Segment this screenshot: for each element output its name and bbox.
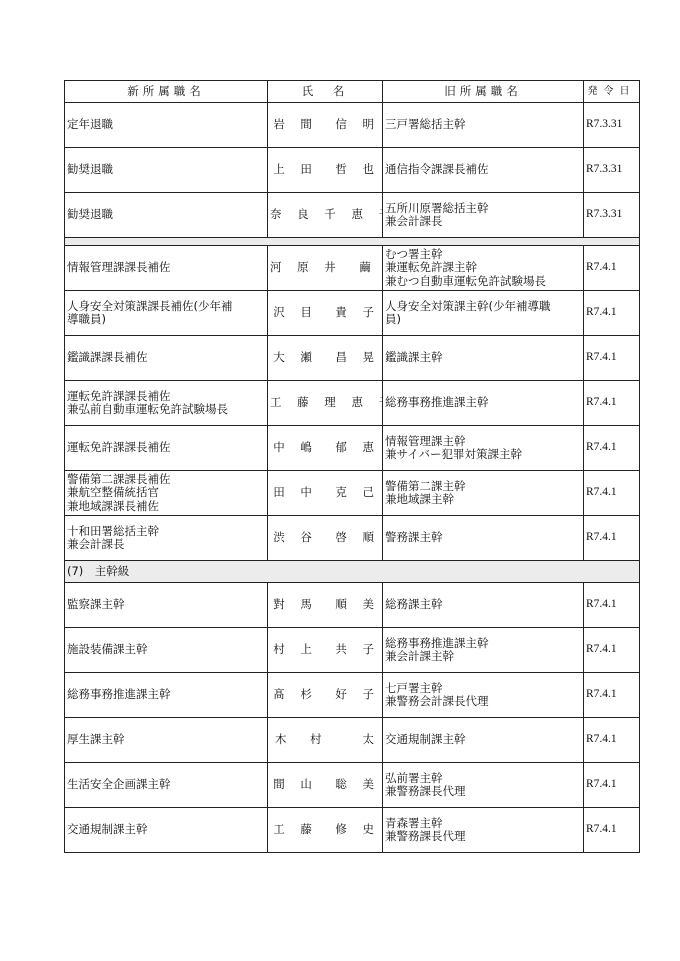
date-cell: R7.3.31 <box>584 193 640 238</box>
date-cell: R7.3.31 <box>584 148 640 193</box>
date-cell: R7.4.1 <box>584 471 640 516</box>
old-position-cell: 交通規制課主幹 <box>383 718 584 763</box>
old-position-cell: 鑑識課主幹 <box>383 336 584 381</box>
new-position-cell-line: 十和田署総括主幹 <box>67 525 265 539</box>
section-label: (7) 主幹級 <box>65 561 640 583</box>
new-position-cell: 勧奨退職 <box>65 193 268 238</box>
old-position-cell-line: 兼警務課長代理 <box>385 830 581 844</box>
old-position-cell: 総務課主幹 <box>383 583 584 628</box>
new-position-cell: 生活安全企画課主幹 <box>65 763 268 808</box>
old-position-cell: 五所川原署総括主幹兼会計課長 <box>383 193 584 238</box>
new-position-cell: 総務事務推進課主幹 <box>65 673 268 718</box>
new-position-cell-line: 施設装備課主幹 <box>67 643 265 657</box>
new-position-cell-line: 監察課主幹 <box>67 598 265 612</box>
header-new-position: 新所属職名 <box>65 81 268 103</box>
old-position-cell: 警備第二課主幹兼地域課主幹 <box>383 471 584 516</box>
new-position-cell: 十和田署総括主幹兼会計課長 <box>65 516 268 561</box>
new-position-cell-line: 情報管理課課長補佐 <box>67 261 265 275</box>
old-position-cell-line: 七戸署主幹 <box>385 682 581 696</box>
name-cell: 奈 良 千 恵 子 <box>268 193 383 238</box>
table-row: 勧奨退職奈 良 千 恵 子五所川原署総括主幹兼会計課長R7.3.31 <box>65 193 640 238</box>
date-cell: R7.4.1 <box>584 336 640 381</box>
new-position-cell-line: 定年退職 <box>67 118 265 132</box>
old-position-cell: 総務事務推進課主幹兼会計課主幹 <box>383 628 584 673</box>
new-position-cell: 情報管理課課長補佐 <box>65 246 268 291</box>
old-position-cell-line: 兼むつ自動車運転免許試験場長 <box>385 275 581 289</box>
table-row: 定年退職岩 間 信 明三戸署総括主幹R7.3.31 <box>65 103 640 148</box>
table-row: 生活安全企画課主幹間 山 聡 美弘前署主幹兼警務課長代理R7.4.1 <box>65 763 640 808</box>
new-position-cell: 施設装備課主幹 <box>65 628 268 673</box>
date-cell: R7.4.1 <box>584 583 640 628</box>
table-row: 警備第二課課長補佐兼航空整備統括官兼地域課課長補佐田 中 克 己警備第二課主幹兼… <box>65 471 640 516</box>
old-position-cell-line: 三戸署総括主幹 <box>385 118 581 132</box>
name-cell: 渋 谷 啓 順 <box>268 516 383 561</box>
new-position-cell: 勧奨退職 <box>65 148 268 193</box>
old-position-cell-line: 兼サイバー犯罪対策課主幹 <box>385 448 581 462</box>
new-position-cell: 鑑識課課長補佐 <box>65 336 268 381</box>
old-position-cell-line: 弘前署主幹 <box>385 772 581 786</box>
table-row: 交通規制課主幹工 藤 修 史青森署主幹兼警務課長代理R7.4.1 <box>65 808 640 853</box>
old-position-cell-line: 総務課主幹 <box>385 598 581 612</box>
new-position-cell-line: 勧奨退職 <box>67 208 265 222</box>
new-position-cell: 厚生課主幹 <box>65 718 268 763</box>
new-position-cell-line: 人身安全対策課課長補佐(少年補 <box>67 300 265 314</box>
old-position-cell-line: 五所川原署総括主幹 <box>385 202 581 216</box>
date-cell: R7.4.1 <box>584 291 640 336</box>
table-row: 厚生課主幹木 村 太交通規制課主幹R7.4.1 <box>65 718 640 763</box>
new-position-cell-line: 警備第二課課長補佐 <box>67 473 265 487</box>
old-position-cell-line: 情報管理課主幹 <box>385 435 581 449</box>
table-row: 鑑識課課長補佐大 瀬 昌 晃鑑識課主幹R7.4.1 <box>65 336 640 381</box>
old-position-cell: 三戸署総括主幹 <box>383 103 584 148</box>
old-position-cell: むつ署主幹兼運転免許課主幹兼むつ自動車運転免許試験場長 <box>383 246 584 291</box>
header-name: 氏 名 <box>268 81 383 103</box>
old-position-cell: 警務課主幹 <box>383 516 584 561</box>
table-row: 運転免許課課長補佐中 嶋 郁 恵情報管理課主幹兼サイバー犯罪対策課主幹R7.4.… <box>65 426 640 471</box>
old-position-cell-line: 交通規制課主幹 <box>385 733 581 747</box>
new-position-cell: 定年退職 <box>65 103 268 148</box>
table-row: 勧奨退職上 田 哲 也通信指令課課長補佐R7.3.31 <box>65 148 640 193</box>
new-position-cell-line: 生活安全企画課主幹 <box>67 778 265 792</box>
old-position-cell: 人身安全対策課主幹(少年補導職員) <box>383 291 584 336</box>
old-position-cell-line: 総務事務推進課主幹 <box>385 396 581 410</box>
new-position-cell-line: 兼弘前自動車運転免許試験場長 <box>67 403 265 417</box>
header-date: 発令日 <box>584 81 640 103</box>
new-position-cell-line: 兼地域課課長補佐 <box>67 500 265 514</box>
old-position-cell-line: 員) <box>385 313 581 327</box>
name-cell: 木 村 太 <box>268 718 383 763</box>
name-cell: 對 馬 順 美 <box>268 583 383 628</box>
old-position-cell-line: 兼地域課主幹 <box>385 493 581 507</box>
section-header-row: (7) 主幹級 <box>65 561 640 583</box>
table-row: 運転免許課課長補佐兼弘前自動車運転免許試験場長工 藤 理 恵 子総務事務推進課主… <box>65 381 640 426</box>
old-position-cell: 総務事務推進課主幹 <box>383 381 584 426</box>
old-position-cell-line: 警備第二課主幹 <box>385 480 581 494</box>
table-row: 十和田署総括主幹兼会計課長渋 谷 啓 順警務課主幹R7.4.1 <box>65 516 640 561</box>
old-position-cell: 情報管理課主幹兼サイバー犯罪対策課主幹 <box>383 426 584 471</box>
old-position-cell-line: 兼会計課長 <box>385 215 581 229</box>
separator-cell <box>65 238 640 246</box>
name-cell: 村 上 共 子 <box>268 628 383 673</box>
old-position-cell: 通信指令課課長補佐 <box>383 148 584 193</box>
name-cell: 工 藤 修 史 <box>268 808 383 853</box>
old-position-cell-line: 兼会計課主幹 <box>385 650 581 664</box>
new-position-cell-line: 厚生課主幹 <box>67 733 265 747</box>
old-position-cell: 七戸署主幹兼警務会計課長代理 <box>383 673 584 718</box>
old-position-cell-line: 兼警務会計課長代理 <box>385 695 581 709</box>
new-position-cell: 運転免許課課長補佐 <box>65 426 268 471</box>
date-cell: R7.4.1 <box>584 516 640 561</box>
new-position-cell: 交通規制課主幹 <box>65 808 268 853</box>
old-position-cell-line: むつ署主幹 <box>385 248 581 262</box>
table-row: 情報管理課課長補佐河 原 井 繭 子むつ署主幹兼運転免許課主幹兼むつ自動車運転免… <box>65 246 640 291</box>
new-position-cell-line: 鑑識課課長補佐 <box>67 351 265 365</box>
old-position-cell-line: 総務事務推進課主幹 <box>385 637 581 651</box>
date-cell: R7.4.1 <box>584 673 640 718</box>
table-row: 監察課主幹對 馬 順 美総務課主幹R7.4.1 <box>65 583 640 628</box>
name-cell: 工 藤 理 恵 子 <box>268 381 383 426</box>
name-cell: 田 中 克 己 <box>268 471 383 516</box>
old-position-cell-line: 鑑識課主幹 <box>385 351 581 365</box>
personnel-table: 新所属職名 氏 名 旧所属職名 発令日 定年退職岩 間 信 明三戸署総括主幹R7… <box>64 80 640 853</box>
name-cell: 河 原 井 繭 子 <box>268 246 383 291</box>
name-cell: 大 瀬 昌 晃 <box>268 336 383 381</box>
old-position-cell-line: 警務課主幹 <box>385 531 581 545</box>
new-position-cell-line: 兼会計課長 <box>67 538 265 552</box>
date-cell: R7.4.1 <box>584 763 640 808</box>
old-position-cell-line: 兼警務課長代理 <box>385 785 581 799</box>
date-cell: R7.4.1 <box>584 381 640 426</box>
name-cell: 中 嶋 郁 恵 <box>268 426 383 471</box>
name-cell: 岩 間 信 明 <box>268 103 383 148</box>
table-row: 人身安全対策課課長補佐(少年補導職員)沢 目 貴 子人身安全対策課主幹(少年補導… <box>65 291 640 336</box>
table-row: 総務事務推進課主幹髙 杉 好 子七戸署主幹兼警務会計課長代理R7.4.1 <box>65 673 640 718</box>
old-position-cell: 青森署主幹兼警務課長代理 <box>383 808 584 853</box>
table-row: 施設装備課主幹村 上 共 子総務事務推進課主幹兼会計課主幹R7.4.1 <box>65 628 640 673</box>
new-position-cell: 運転免許課課長補佐兼弘前自動車運転免許試験場長 <box>65 381 268 426</box>
document-page: 新所属職名 氏 名 旧所属職名 発令日 定年退職岩 間 信 明三戸署総括主幹R7… <box>0 0 680 961</box>
name-cell: 上 田 哲 也 <box>268 148 383 193</box>
date-cell: R7.4.1 <box>584 808 640 853</box>
name-cell: 沢 目 貴 子 <box>268 291 383 336</box>
date-cell: R7.4.1 <box>584 628 640 673</box>
name-cell: 髙 杉 好 子 <box>268 673 383 718</box>
header-old-position: 旧所属職名 <box>383 81 584 103</box>
new-position-cell: 監察課主幹 <box>65 583 268 628</box>
old-position-cell-line: 青森署主幹 <box>385 817 581 831</box>
old-position-cell-line: 兼運転免許課主幹 <box>385 261 581 275</box>
new-position-cell-line: 運転免許課課長補佐 <box>67 441 265 455</box>
new-position-cell-line: 交通規制課主幹 <box>67 823 265 837</box>
name-cell: 間 山 聡 美 <box>268 763 383 808</box>
date-cell: R7.3.31 <box>584 103 640 148</box>
old-position-cell-line: 人身安全対策課主幹(少年補導職 <box>385 300 581 314</box>
old-position-cell-line: 通信指令課課長補佐 <box>385 163 581 177</box>
new-position-cell-line: 導職員) <box>67 313 265 327</box>
date-cell: R7.4.1 <box>584 246 640 291</box>
table-header-row: 新所属職名 氏 名 旧所属職名 発令日 <box>65 81 640 103</box>
old-position-cell: 弘前署主幹兼警務課長代理 <box>383 763 584 808</box>
separator-row <box>65 238 640 246</box>
new-position-cell: 警備第二課課長補佐兼航空整備統括官兼地域課課長補佐 <box>65 471 268 516</box>
new-position-cell-line: 勧奨退職 <box>67 163 265 177</box>
new-position-cell-line: 運転免許課課長補佐 <box>67 390 265 404</box>
date-cell: R7.4.1 <box>584 426 640 471</box>
new-position-cell-line: 兼航空整備統括官 <box>67 486 265 500</box>
date-cell: R7.4.1 <box>584 718 640 763</box>
new-position-cell-line: 総務事務推進課主幹 <box>67 688 265 702</box>
new-position-cell: 人身安全対策課課長補佐(少年補導職員) <box>65 291 268 336</box>
